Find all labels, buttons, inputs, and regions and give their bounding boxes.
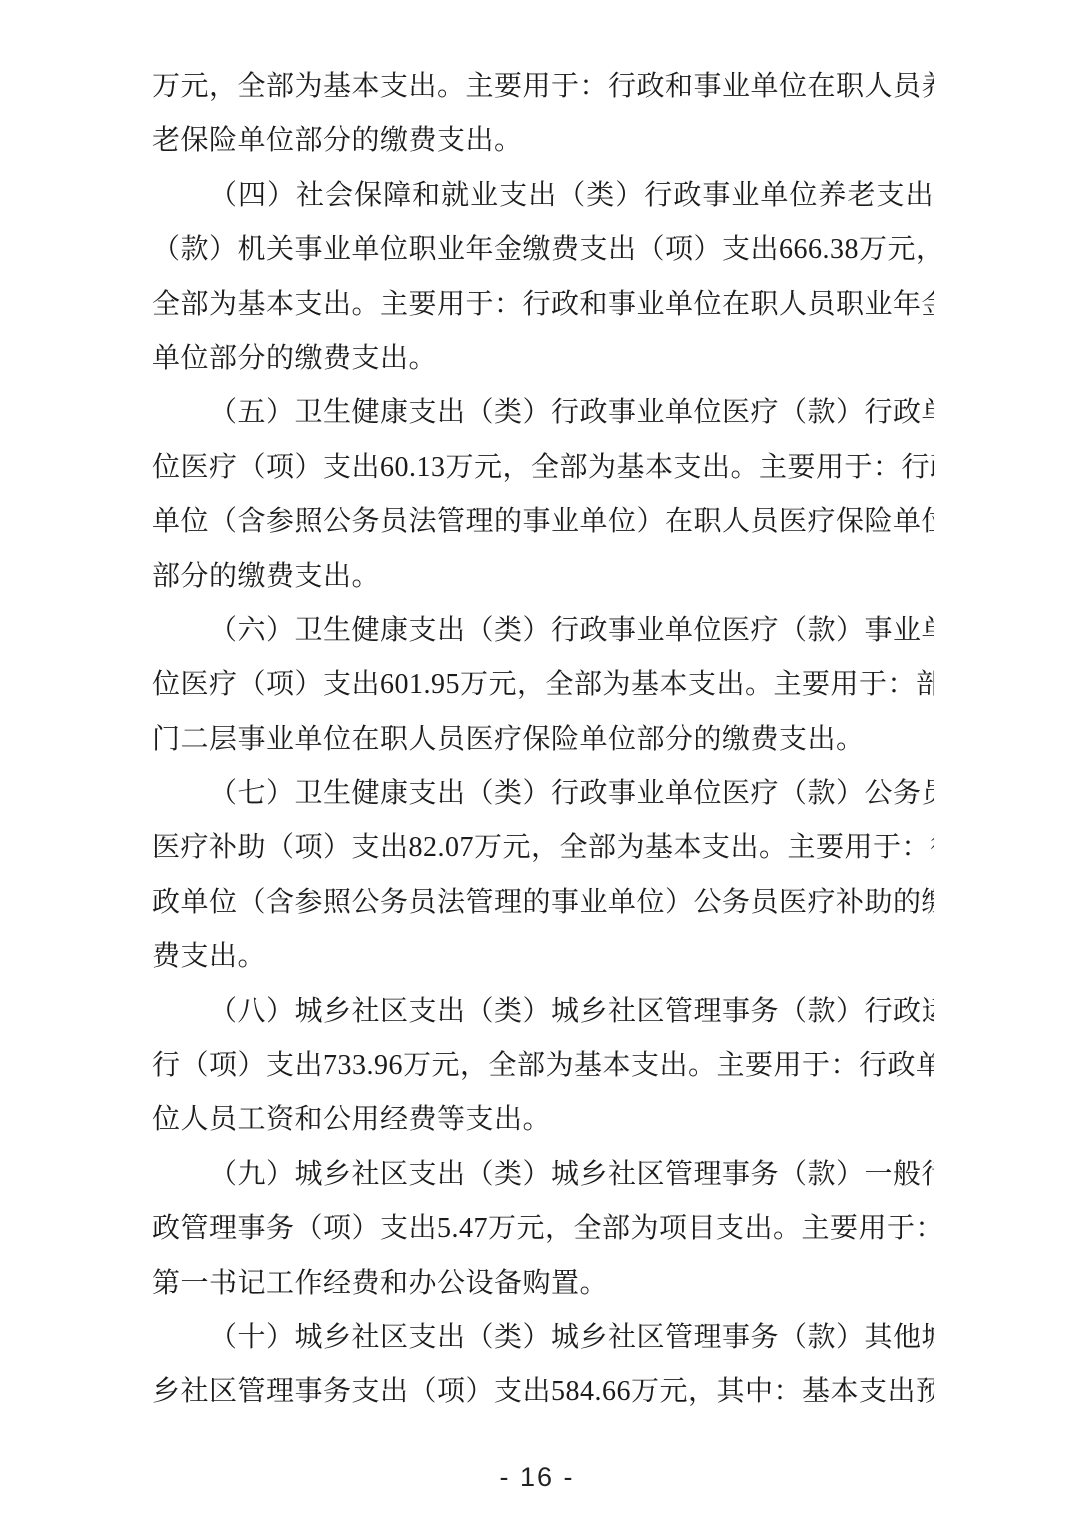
text-line: 老保险单位部分的缴费支出。 — [152, 114, 934, 168]
text-line: （款）机关事业单位职业年金缴费支出（项）支出666.38万元， — [152, 223, 934, 277]
para-item-8: （八）城乡社区支出（类）城乡社区管理事务（款）行政运行（项）支出733.96万元… — [152, 985, 934, 1148]
text-line: 费支出。 — [152, 930, 934, 984]
text-line: 位人员工资和公用经费等支出。 — [152, 1093, 934, 1147]
page-number: - 16 - — [499, 1462, 574, 1492]
text-line: 政单位（含参照公务员法管理的事业单位）公务员医疗补助的缴 — [152, 876, 934, 930]
text-line: （九）城乡社区支出（类）城乡社区管理事务（款）一般行 — [152, 1148, 934, 1202]
para-item-5: （五）卫生健康支出（类）行政事业单位医疗（款）行政单位医疗（项）支出60.13万… — [152, 386, 934, 604]
text-line: 医疗补助（项）支出82.07万元，全部为基本支出。主要用于：行 — [152, 821, 934, 875]
text-line: 万元，全部为基本支出。主要用于：行政和事业单位在职人员养 — [152, 60, 934, 114]
document-body: 万元，全部为基本支出。主要用于：行政和事业单位在职人员养老保险单位部分的缴费支出… — [152, 60, 934, 1420]
text-line: （四）社会保障和就业支出（类）行政事业单位养老支出 — [152, 169, 934, 223]
text-line: （八）城乡社区支出（类）城乡社区管理事务（款）行政运 — [152, 985, 934, 1039]
para-item-10: （十）城乡社区支出（类）城乡社区管理事务（款）其他城乡社区管理事务支出（项）支出… — [152, 1311, 934, 1420]
text-line: （六）卫生健康支出（类）行政事业单位医疗（款）事业单 — [152, 604, 934, 658]
page-footer: - 16 - — [0, 1462, 1074, 1493]
para-item-6: （六）卫生健康支出（类）行政事业单位医疗（款）事业单位医疗（项）支出601.95… — [152, 604, 934, 767]
text-line: （五）卫生健康支出（类）行政事业单位医疗（款）行政单 — [152, 386, 934, 440]
para-item-9: （九）城乡社区支出（类）城乡社区管理事务（款）一般行政管理事务（项）支出5.47… — [152, 1148, 934, 1311]
text-line: （七）卫生健康支出（类）行政事业单位医疗（款）公务员 — [152, 767, 934, 821]
para-continuation: 万元，全部为基本支出。主要用于：行政和事业单位在职人员养老保险单位部分的缴费支出… — [152, 60, 934, 169]
para-item-4: （四）社会保障和就业支出（类）行政事业单位养老支出（款）机关事业单位职业年金缴费… — [152, 169, 934, 387]
text-line: 门二层事业单位在职人员医疗保险单位部分的缴费支出。 — [152, 713, 934, 767]
para-item-7: （七）卫生健康支出（类）行政事业单位医疗（款）公务员医疗补助（项）支出82.07… — [152, 767, 934, 985]
text-line: 位医疗（项）支出60.13万元，全部为基本支出。主要用于：行政 — [152, 441, 934, 495]
text-line: 位医疗（项）支出601.95万元，全部为基本支出。主要用于：部 — [152, 658, 934, 712]
text-line: 第一书记工作经费和办公设备购置。 — [152, 1257, 934, 1311]
text-line: （十）城乡社区支出（类）城乡社区管理事务（款）其他城 — [152, 1311, 934, 1365]
text-line: 乡社区管理事务支出（项）支出584.66万元，其中：基本支出预 — [152, 1365, 934, 1419]
text-line: 单位部分的缴费支出。 — [152, 332, 934, 386]
text-line: 行（项）支出733.96万元，全部为基本支出。主要用于：行政单 — [152, 1039, 934, 1093]
text-line: 部分的缴费支出。 — [152, 550, 934, 604]
text-line: 单位（含参照公务员法管理的事业单位）在职人员医疗保险单位 — [152, 495, 934, 549]
text-line: 政管理事务（项）支出5.47万元，全部为项目支出。主要用于： — [152, 1202, 934, 1256]
document-page: 万元，全部为基本支出。主要用于：行政和事业单位在职人员养老保险单位部分的缴费支出… — [0, 0, 1074, 1520]
text-line: 全部为基本支出。主要用于：行政和事业单位在职人员职业年金 — [152, 278, 934, 332]
